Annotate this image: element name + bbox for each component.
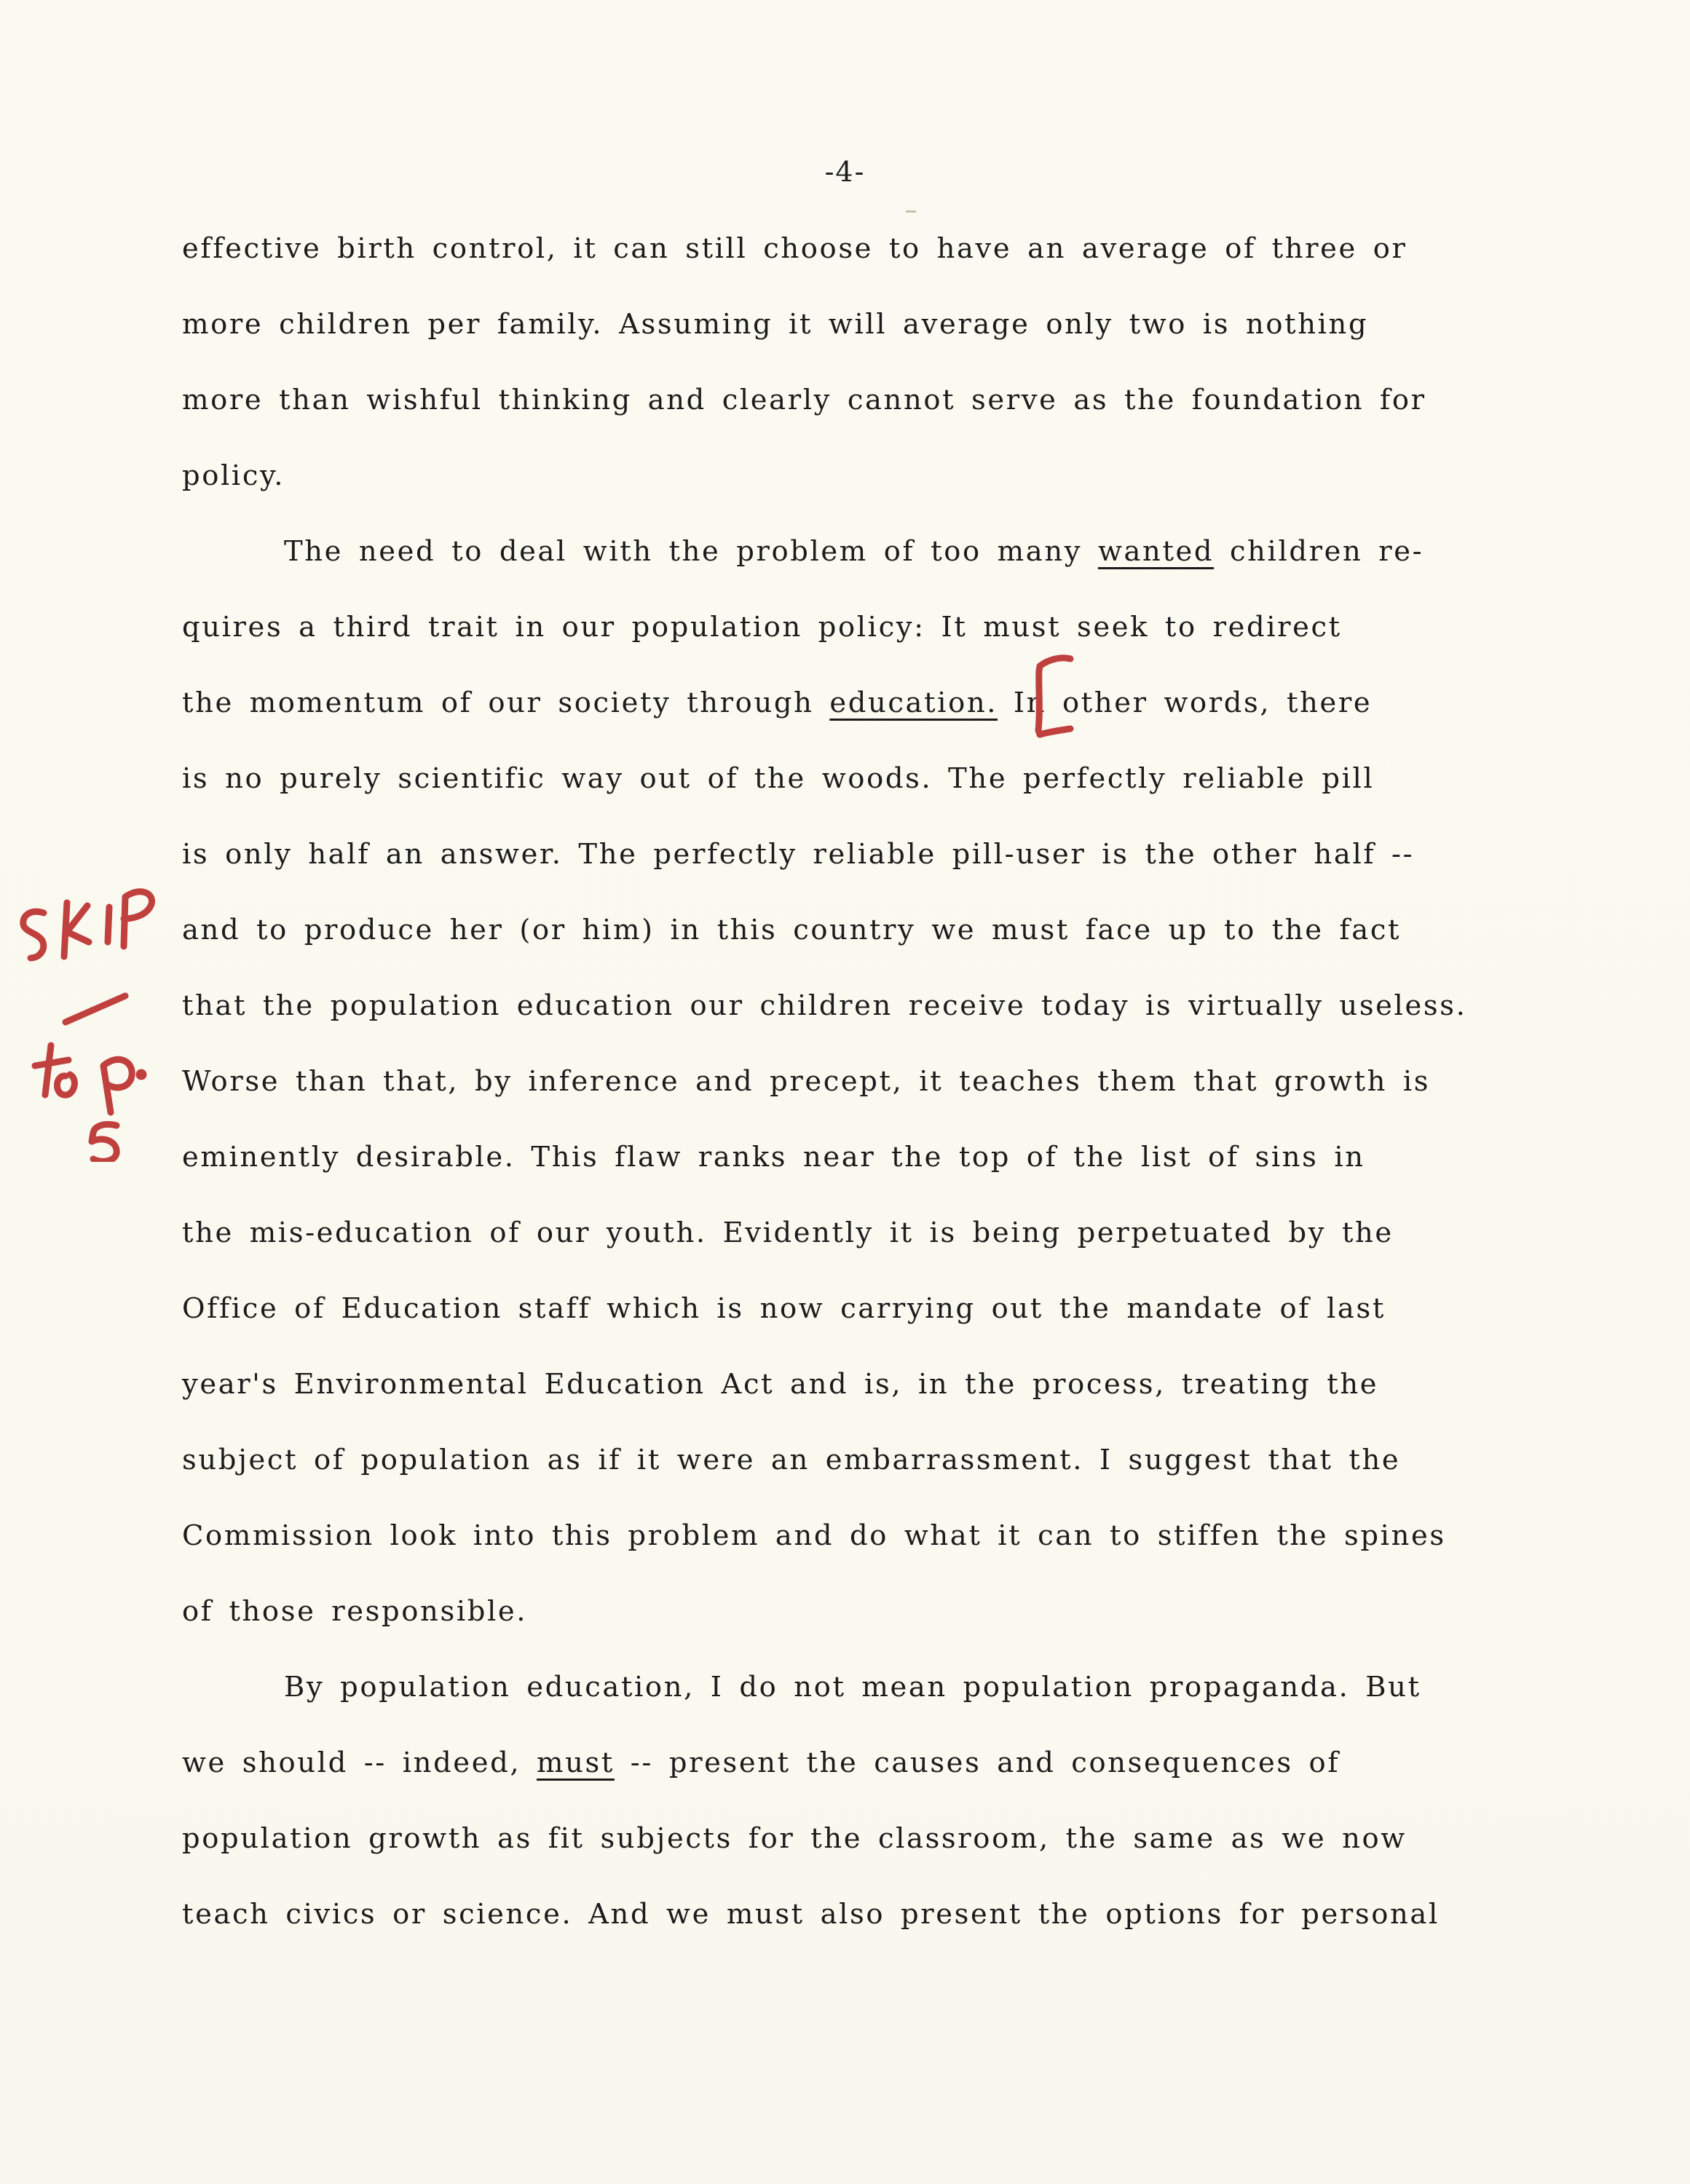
text-line: more than wishful thinking and clearly c… [182, 376, 1551, 451]
text-segment: quires a third trait in our population p… [182, 611, 1342, 644]
text-line: and to produce her (or him) in this coun… [182, 906, 1551, 981]
text-line: effective birth control, it can still ch… [182, 224, 1551, 300]
text-line: Office of Education staff which is now c… [182, 1284, 1551, 1360]
text-line: subject of population as if it were an e… [182, 1436, 1551, 1511]
text-segment: the momentum of our society through [182, 687, 829, 719]
text-segment: Worse than that, by inference and precep… [182, 1065, 1430, 1098]
text-segment: By population education, I do not mean p… [284, 1671, 1421, 1704]
text-line: quires a third trait in our population p… [182, 603, 1551, 678]
text-segment: Office of Education staff which is now c… [182, 1292, 1386, 1325]
text-segment: eminently desirable. This flaw ranks nea… [182, 1141, 1365, 1174]
text-line: The need to deal with the problem of too… [182, 527, 1551, 603]
paper-mark [906, 210, 916, 213]
text-line: of those responsible. [182, 1587, 1551, 1663]
document-page: -4- effective birth control, it can stil… [0, 0, 1690, 2184]
text-line: is no purely scientific way out of the w… [182, 754, 1551, 830]
text-segment: and to produce her (or him) in this coun… [182, 914, 1401, 946]
text-line: the mis-education of our youth. Evidentl… [182, 1208, 1551, 1284]
text-line: Commission look into this problem and do… [182, 1511, 1551, 1587]
underlined-word: must [537, 1746, 615, 1779]
text-segment: we should -- indeed, [182, 1746, 537, 1779]
text-line: population growth as fit subjects for th… [182, 1814, 1551, 1890]
text-line: Worse than that, by inference and precep… [182, 1057, 1551, 1133]
left-bracket-icon [1032, 652, 1076, 739]
text-segment: more than wishful thinking and clearly c… [182, 384, 1426, 416]
text-segment: that the population education our childr… [182, 989, 1466, 1022]
text-segment: teach civics or science. And we must als… [182, 1898, 1440, 1931]
text-segment: is no purely scientific way out of the w… [182, 762, 1374, 795]
text-line: the momentum of our society through educ… [182, 678, 1551, 754]
text-line: policy. [182, 451, 1551, 527]
text-segment: is only half an answer. The perfectly re… [182, 838, 1414, 871]
text-segment: year's Environmental Education Act and i… [182, 1368, 1378, 1401]
typed-body-text: effective birth control, it can still ch… [182, 224, 1551, 1966]
text-line: more children per family. Assuming it wi… [182, 300, 1551, 376]
text-segment: subject of population as if it were an e… [182, 1444, 1400, 1476]
text-line: we should -- indeed, must -- present the… [182, 1738, 1551, 1814]
text-line: is only half an answer. The perfectly re… [182, 830, 1551, 906]
text-segment: effective birth control, it can still ch… [182, 232, 1407, 265]
text-segment: The need to deal with the problem of too… [284, 535, 1098, 568]
text-line: that the population education our childr… [182, 981, 1551, 1057]
text-segment: of those responsible. [182, 1595, 527, 1628]
text-line: By population education, I do not mean p… [182, 1663, 1551, 1738]
text-segment: Commission look into this problem and do… [182, 1519, 1446, 1552]
underlined-word: education. [829, 687, 998, 719]
text-segment: policy. [182, 459, 285, 492]
text-segment: the mis-education of our youth. Evidentl… [182, 1216, 1394, 1249]
text-line: teach civics or science. And we must als… [182, 1890, 1551, 1966]
text-line: eminently desirable. This flaw ranks nea… [182, 1133, 1551, 1208]
text-segment: children re- [1214, 535, 1424, 568]
text-line: year's Environmental Education Act and i… [182, 1360, 1551, 1436]
page-number: -4- [0, 156, 1690, 188]
text-segment: more children per family. Assuming it wi… [182, 308, 1368, 341]
text-segment: population growth as fit subjects for th… [182, 1822, 1407, 1855]
underlined-word: wanted [1098, 535, 1214, 568]
text-segment: -- present the causes and consequences o… [615, 1746, 1340, 1779]
margin-note-skip-to-p5 [9, 871, 162, 1162]
